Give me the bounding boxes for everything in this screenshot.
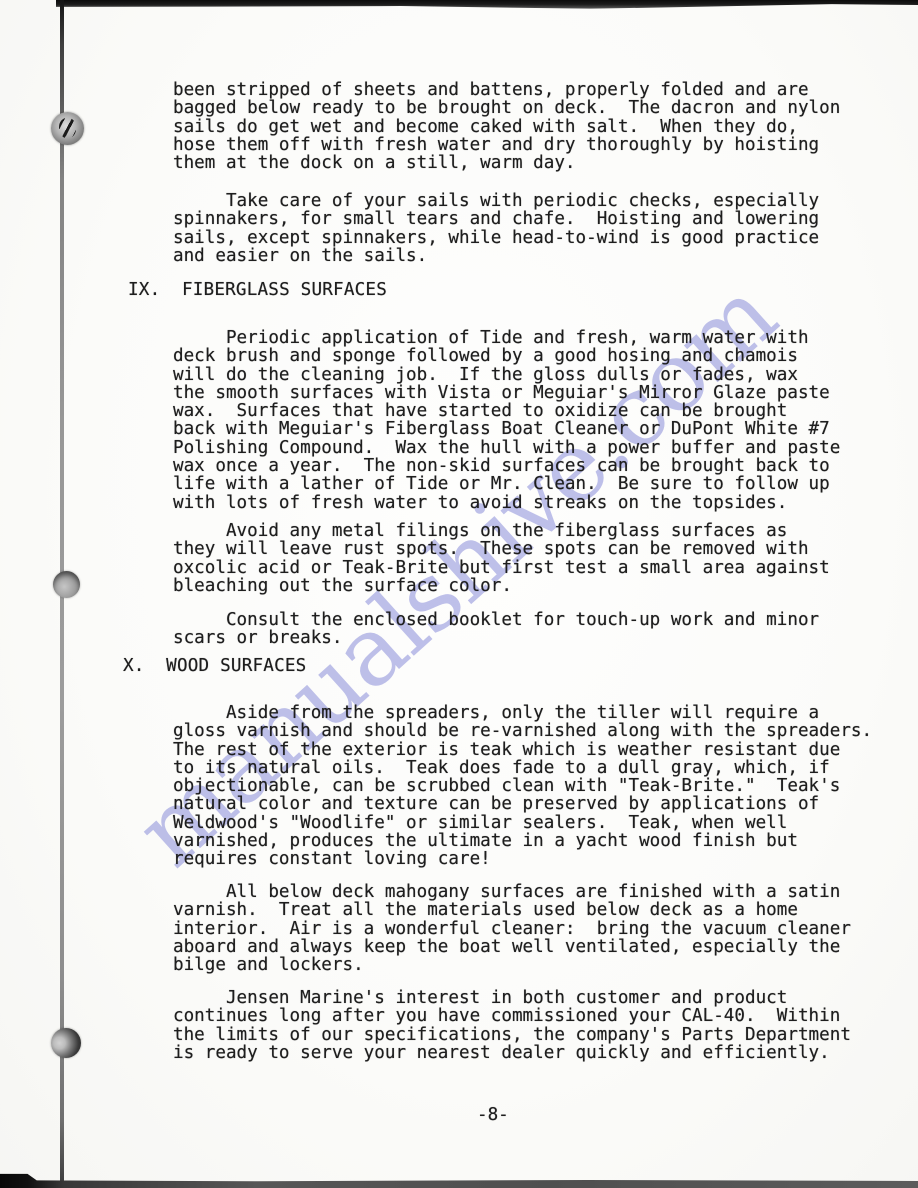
scan-edge-bottom	[0, 1172, 918, 1188]
fastener-prong-marks	[59, 118, 76, 138]
binder-fastener-top	[51, 112, 84, 145]
paragraph-fiberglass-cleaning: Periodic application of Tide and fresh, …	[173, 329, 840, 512]
page-number: -8-	[477, 1106, 509, 1124]
paragraph-wood-exterior: Aside from the spreaders, only the tille…	[173, 704, 872, 869]
binder-fastener-bottom	[51, 1028, 81, 1058]
paragraph-sails-intro: been stripped of sheets and battens, pro…	[173, 81, 840, 172]
scan-edge-top	[56, 0, 918, 11]
section-heading-fiberglass: IX. FIBERGLASS SURFACES	[128, 281, 387, 299]
paragraph-fiberglass-rust: Avoid any metal filings on the fiberglas…	[173, 522, 830, 595]
scanned-manual-page: manualshive.com been stripped of sheets …	[0, 0, 918, 1188]
section-heading-wood: X. WOOD SURFACES	[123, 657, 306, 675]
paragraph-wood-interior: All below deck mahogany surfaces are fin…	[173, 883, 851, 974]
binder-fastener-middle	[53, 571, 80, 598]
paragraph-fiberglass-booklet: Consult the enclosed booklet for touch-u…	[173, 611, 819, 648]
paragraph-closing: Jensen Marine's interest in both custome…	[173, 989, 851, 1062]
paragraph-sails-care: Take care of your sails with periodic ch…	[173, 192, 819, 265]
